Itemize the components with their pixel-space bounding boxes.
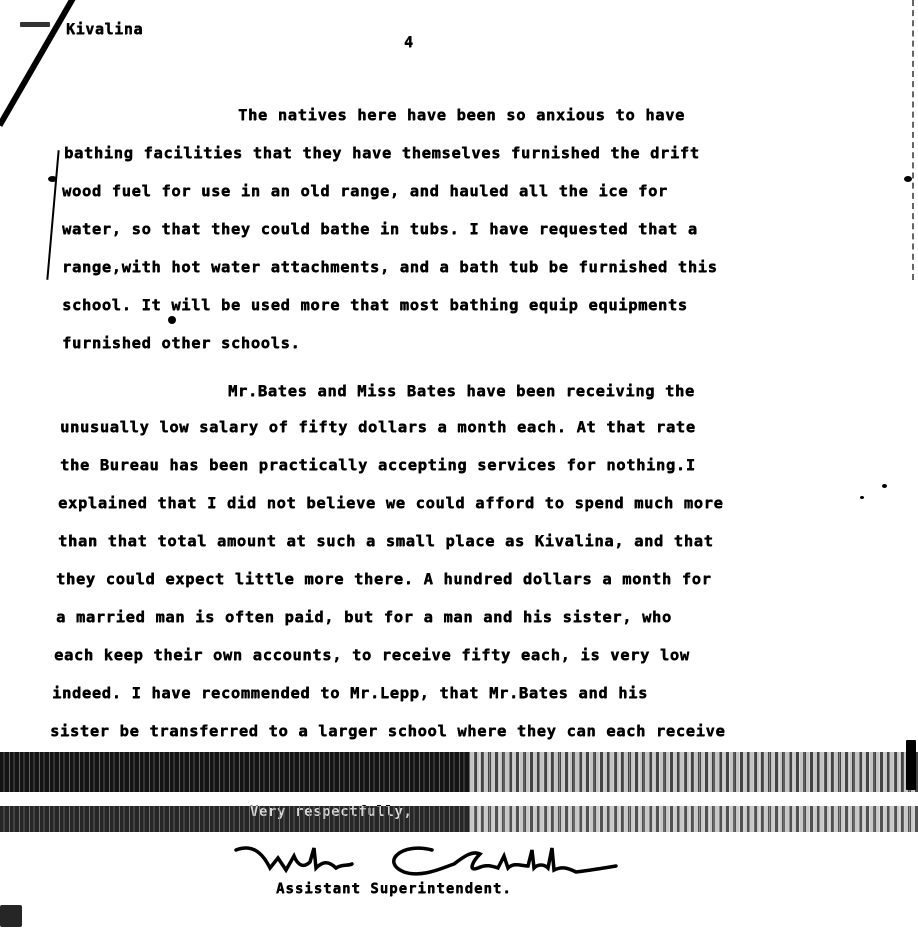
paragraph-line: sister be transferred to a larger school… <box>50 722 725 740</box>
signer-title: Assistant Superintendent. <box>276 881 512 897</box>
paragraph-line: Mr.Bates and Miss Bates have been receiv… <box>228 382 695 400</box>
paragraph-line: unusually low salary of fifty dollars a … <box>60 418 696 436</box>
scan-artifact-fade <box>470 752 918 832</box>
ink-speck <box>48 176 57 182</box>
ink-speck <box>904 176 912 182</box>
paragraph-line: a married man is often paid, but for a m… <box>56 608 672 626</box>
paragraph-line: wood fuel for use in an old range, and h… <box>62 182 668 200</box>
paragraph-line: range,with hot water attachments, and a … <box>62 258 718 276</box>
paragraph-line: than that total amount at such a small p… <box>58 532 714 550</box>
paragraph-line: The natives here have been so anxious to… <box>238 106 685 124</box>
paragraph-line: school. It will be used more that most b… <box>62 296 688 314</box>
header-place-name: Kivalina <box>66 20 143 38</box>
complimentary-close: Very respectfully, <box>250 804 413 820</box>
document-page: Kivalina 4 The natives here have been so… <box>0 0 918 949</box>
ink-blot <box>0 905 22 927</box>
paragraph-line: they could expect little more there. A h… <box>56 570 712 588</box>
margin-line <box>46 150 59 280</box>
paragraph-line: explained that I did not believe we coul… <box>58 494 723 512</box>
paragraph-line: the Bureau has been practically acceptin… <box>60 456 696 474</box>
paragraph-line: bathing facilities that they have themse… <box>64 144 700 162</box>
page-number: 4 <box>404 33 414 51</box>
paragraph-line: each keep their own accounts, to receive… <box>54 646 690 664</box>
paragraph-line: indeed. I have recommended to Mr.Lepp, t… <box>52 684 648 702</box>
ink-speck <box>860 496 864 499</box>
paragraph-line: furnished other schools. <box>62 334 300 352</box>
page-edge-line <box>912 0 916 280</box>
ink-speck <box>882 484 887 488</box>
ink-mark <box>906 740 916 790</box>
ink-speck <box>168 316 176 324</box>
paragraph-line: water, so that they could bathe in tubs.… <box>62 220 698 238</box>
ink-mark <box>20 22 50 27</box>
